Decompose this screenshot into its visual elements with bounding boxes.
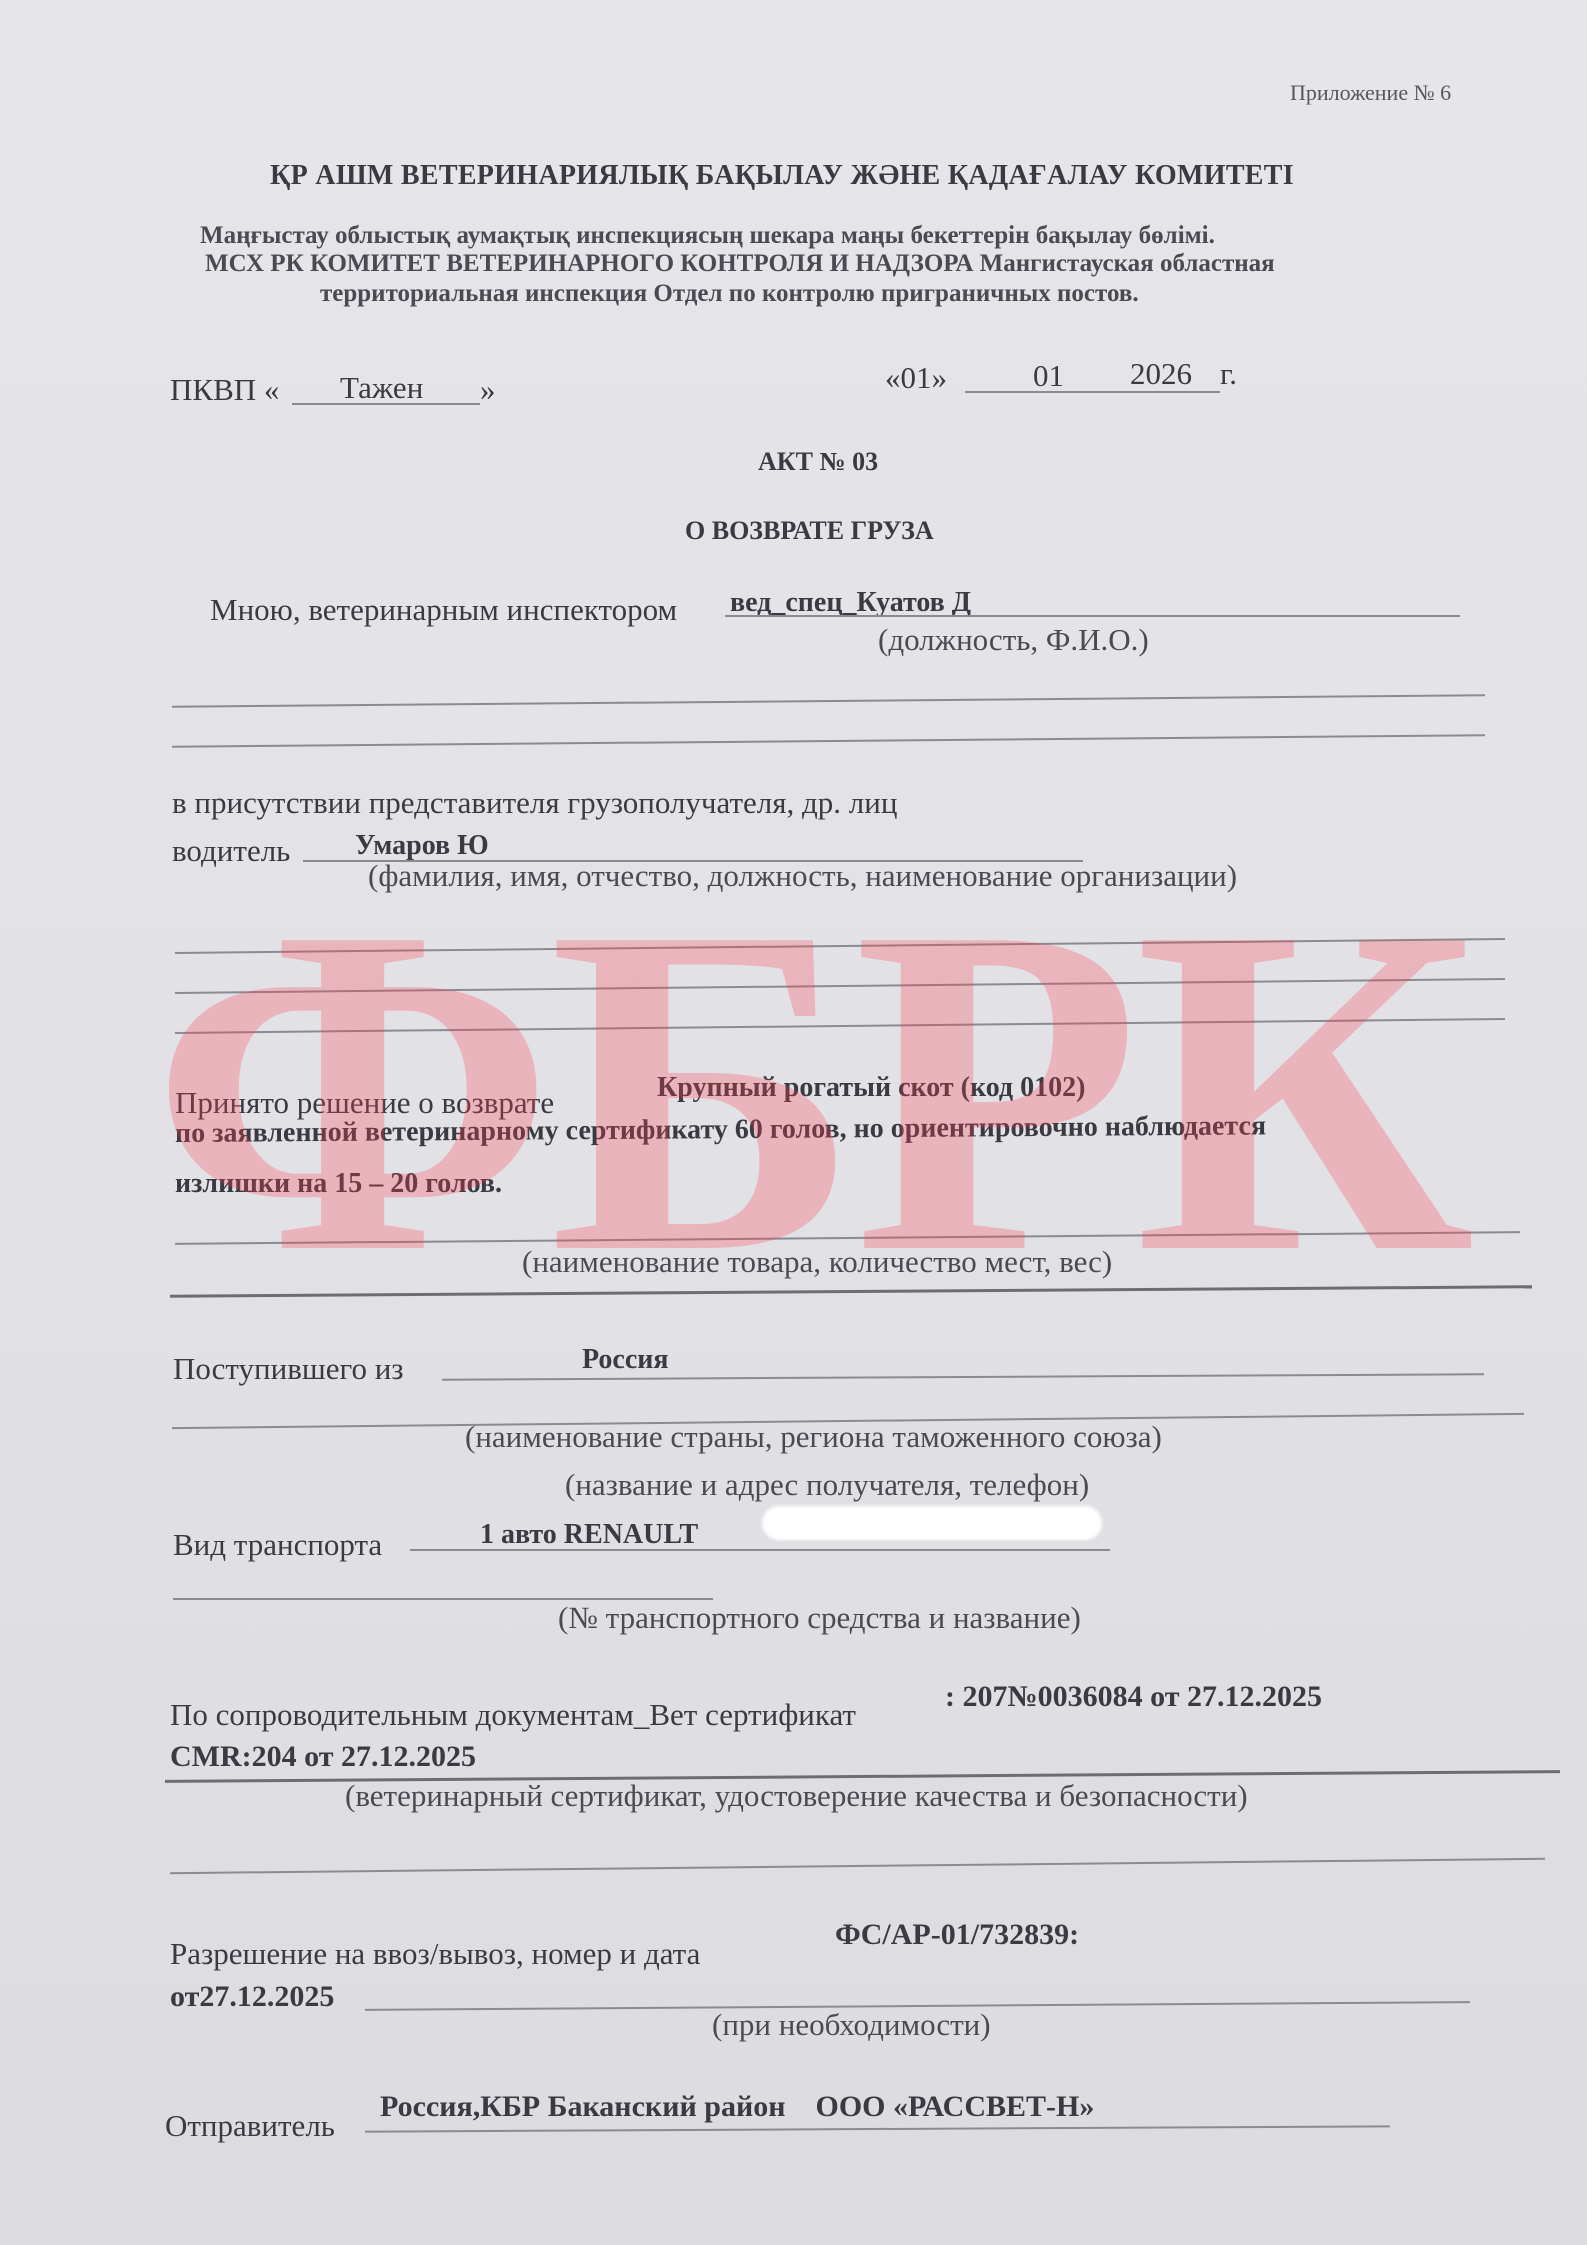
- redacted-plate-number: [762, 1506, 1102, 1540]
- date-suffix: г.: [1220, 356, 1237, 392]
- permit-value-1: ФС/АР-01/732839:: [835, 1918, 1079, 1952]
- documents-value-2: CMR:204 от 27.12.2025: [170, 1740, 476, 1774]
- sender-label: Отправитель: [165, 2108, 335, 2144]
- inspector-label: Мною, ветеринарным инспектором: [210, 592, 677, 628]
- document-page: Приложение № 6 ҚР АШМ ВЕТЕРИНАРИЯЛЫҚ БАҚ…: [0, 0, 1587, 2245]
- documents-hint: (ветеринарный сертификат, удостоверение …: [345, 1778, 1248, 1814]
- header-line-1: Маңғыстау облыстық аумақтық инспекциясың…: [200, 222, 1215, 250]
- permit-value-2: от27.12.2025: [170, 1980, 334, 2014]
- header-line-3: территориальная инспекция Отдел по контр…: [320, 280, 1139, 308]
- kz-committee-title: ҚР АШМ ВЕТЕРИНАРИЯЛЫҚ БАҚЫЛАУ ЖӘНЕ ҚАДАҒ…: [270, 160, 1294, 192]
- origin-hint-recipient: (название и адрес получателя, телефон): [565, 1467, 1089, 1503]
- post-value: Тажен: [340, 370, 423, 406]
- driver-label: водитель: [172, 833, 290, 869]
- decision-hint: (наименование товара, количество мест, в…: [522, 1244, 1112, 1280]
- decision-value-1: Крупный рогатый скот (код 0102): [657, 1072, 1085, 1104]
- date-year: 2026: [1130, 356, 1192, 392]
- act-number: АКТ № 03: [758, 447, 878, 477]
- transport-value: 1 авто RENAULT: [480, 1519, 698, 1551]
- decision-value-3: излишки на 15 – 20 голов.: [175, 1168, 502, 1200]
- permit-hint: (при необходимости): [712, 2007, 991, 2043]
- act-subtitle: О ВОЗВРАТЕ ГРУЗА: [685, 516, 934, 546]
- header-line-2: МСХ РК КОМИТЕТ ВЕТЕРИНАРНОГО КОНТРОЛЯ И …: [205, 250, 1275, 278]
- post-label: ПКВП «: [170, 372, 279, 408]
- permit-label: Разрешение на ввоз/вывоз, номер и дата: [170, 1936, 700, 1972]
- origin-value: Россия: [582, 1344, 669, 1376]
- transport-label: Вид транспорта: [173, 1527, 382, 1563]
- transport-hint: (№ транспортного средства и название): [558, 1600, 1081, 1636]
- post-close: »: [480, 372, 496, 408]
- presence-hint: (фамилия, имя, отчество, должность, наим…: [368, 858, 1237, 894]
- date-month: 01: [1033, 358, 1064, 394]
- date-day: «01»: [885, 360, 947, 396]
- sender-value: Россия,КБР Баканский район ООО «РАССВЕТ-…: [380, 2090, 1094, 2124]
- documents-value-1: : 207№0036084 от 27.12.2025: [945, 1680, 1322, 1714]
- presence-label: в присутствии представителя грузополучат…: [172, 785, 897, 821]
- documents-label: По сопроводительным документам_Вет серти…: [170, 1697, 856, 1733]
- origin-hint-country: (наименование страны, региона таможенног…: [465, 1419, 1162, 1455]
- decision-value-2: по заявленной ветеринарному сертификату …: [175, 1110, 1266, 1150]
- appendix-label: Приложение № 6: [1290, 80, 1451, 106]
- origin-label: Поступившего из: [173, 1351, 404, 1387]
- inspector-hint: (должность, Ф.И.О.): [878, 622, 1149, 658]
